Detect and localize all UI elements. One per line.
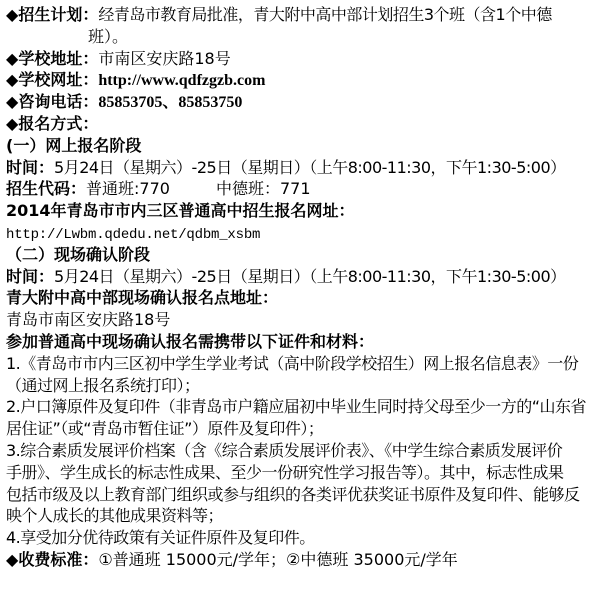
materials-heading: 参加普通高中现场确认报名需携带以下证件和材料： (6, 331, 615, 353)
online-stage-time-line: 时间：5月24日（星期六）-25日（星期日）（上午8:00-11:30，下午1:… (6, 157, 615, 179)
registration-site-url[interactable]: http://Lwbm.qdedu.net/qdbm_xsbm (6, 227, 260, 243)
fees-label: 收费标准： (18, 550, 98, 569)
materials-item-line: 居住证”（或“青岛市暂住证”）原件及复印件）； (6, 418, 615, 440)
school-address-label: 学校地址： (18, 49, 98, 68)
diamond-bullet-icon: ◆ (6, 5, 18, 24)
materials-item-line: 3.综合素质发展评价档案（含《综合素质发展评价表》、《中学生综合素质发展评价 (6, 440, 615, 462)
materials-item-line: 2.户口簿原件及复印件（非青岛市户籍应届初中毕业生同时持父母至少一方的“山东省 (6, 396, 615, 418)
diamond-bullet-icon: ◆ (6, 550, 18, 569)
materials-list: 1.《青岛市市内三区初中学生学业考试（高中阶段学校招生）网上报名信息表》一份 （… (6, 353, 615, 549)
school-website-line: ◆学校网址：http://www.qdfzgzb.com (6, 69, 615, 91)
registration-site-heading: 2014年青岛市市内三区普通高中招生报名网址： (6, 200, 615, 222)
enrollment-code-sino-german: 中德班：771 (216, 179, 311, 198)
school-website-url[interactable]: http://www.qdfzgzb.com (98, 72, 265, 89)
onsite-location-heading: 青大附中高中部现场确认报名点地址： (6, 287, 615, 309)
fees-value: ①普通班 15000元/学年；②中德班 35000元/学年 (98, 550, 457, 569)
enrollment-code-regular: 普通班:770 (86, 179, 170, 198)
signup-method-label: 报名方式： (18, 114, 98, 133)
admission-notice-document: ◆招生计划：经青岛市教育局批准，青大附中高中部计划招生3个班（含1个中德 班）。… (0, 0, 615, 571)
diamond-bullet-icon: ◆ (6, 114, 18, 133)
online-time-value: 5月24日（星期六）-25日（星期日）（上午8:00-11:30，下午1:30-… (54, 158, 566, 177)
diamond-bullet-icon: ◆ (6, 92, 18, 111)
materials-item-2: 2.户口簿原件及复印件（非青岛市户籍应届初中毕业生同时持父母至少一方的“山东省 … (6, 396, 615, 440)
online-stage-heading: (一）网上报名阶段 (6, 135, 615, 157)
materials-item-line: （通过网上报名系统打印）； (6, 375, 615, 397)
fees-line: ◆收费标准：①普通班 15000元/学年；②中德班 35000元/学年 (6, 549, 615, 571)
onsite-stage-time-line: 时间：5月24日（星期六）-25日（星期日）（上午8:00-11:30，下午1:… (6, 266, 615, 288)
enrollment-plan-text: 经青岛市教育局批准，青大附中高中部计划招生3个班（含1个中德 (98, 5, 551, 24)
signup-method-line: ◆报名方式： (6, 113, 615, 135)
enrollment-plan-line-1: ◆招生计划：经青岛市教育局批准，青大附中高中部计划招生3个班（含1个中德 (6, 4, 615, 26)
school-website-label: 学校网址： (18, 70, 98, 89)
onsite-time-value: 5月24日（星期六）-25日（星期日）（上午8:00-11:30，下午1:30-… (54, 267, 566, 286)
diamond-bullet-icon: ◆ (6, 70, 18, 89)
online-time-label: 时间： (6, 158, 54, 177)
enrollment-code-line: 招生代码：普通班:770中德班：771 (6, 178, 615, 200)
consult-phone-numbers: 85853705、85853750 (98, 94, 242, 111)
enrollment-plan-line-2: 班）。 (6, 26, 615, 48)
enrollment-plan-text-continued: 班）。 (88, 27, 128, 46)
materials-item-line: 映个人成长的其他成果资料等； (6, 505, 615, 527)
enrollment-code-label: 招生代码： (6, 179, 86, 198)
registration-site-url-line: http://Lwbm.qdedu.net/qdbm_xsbm (6, 222, 615, 244)
consult-phone-line: ◆咨询电话：85853705、85853750 (6, 91, 615, 113)
diamond-bullet-icon: ◆ (6, 49, 18, 68)
materials-item-line: 1.《青岛市市内三区初中学生学业考试（高中阶段学校招生）网上报名信息表》一份 (6, 353, 615, 375)
materials-item-line: 4.享受加分优待政策有关证件原件及复印件。 (6, 527, 615, 549)
school-address-value: 市南区安庆路18号 (98, 49, 230, 68)
materials-item-line: 手册》、学生成长的标志性成果、至少一份研究性学习报告等）。其中，标志性成果 (6, 462, 615, 484)
enrollment-plan-label: 招生计划： (18, 5, 98, 24)
onsite-time-label: 时间： (6, 267, 54, 286)
materials-item-line: 包括市级及以上教育部门组织或参与组织的各类评优获奖证书原件及复印件、能够反 (6, 484, 615, 506)
materials-item-3: 3.综合素质发展评价档案（含《综合素质发展评价表》、《中学生综合素质发展评价 手… (6, 440, 615, 527)
materials-item-1: 1.《青岛市市内三区初中学生学业考试（高中阶段学校招生）网上报名信息表》一份 （… (6, 353, 615, 397)
materials-item-4: 4.享受加分优待政策有关证件原件及复印件。 (6, 527, 615, 549)
onsite-stage-heading: （二）现场确认阶段 (6, 244, 615, 266)
onsite-location-value: 青岛市南区安庆路18号 (6, 309, 615, 331)
consult-phone-label: 咨询电话： (18, 92, 98, 111)
school-address-line: ◆学校地址：市南区安庆路18号 (6, 48, 615, 70)
